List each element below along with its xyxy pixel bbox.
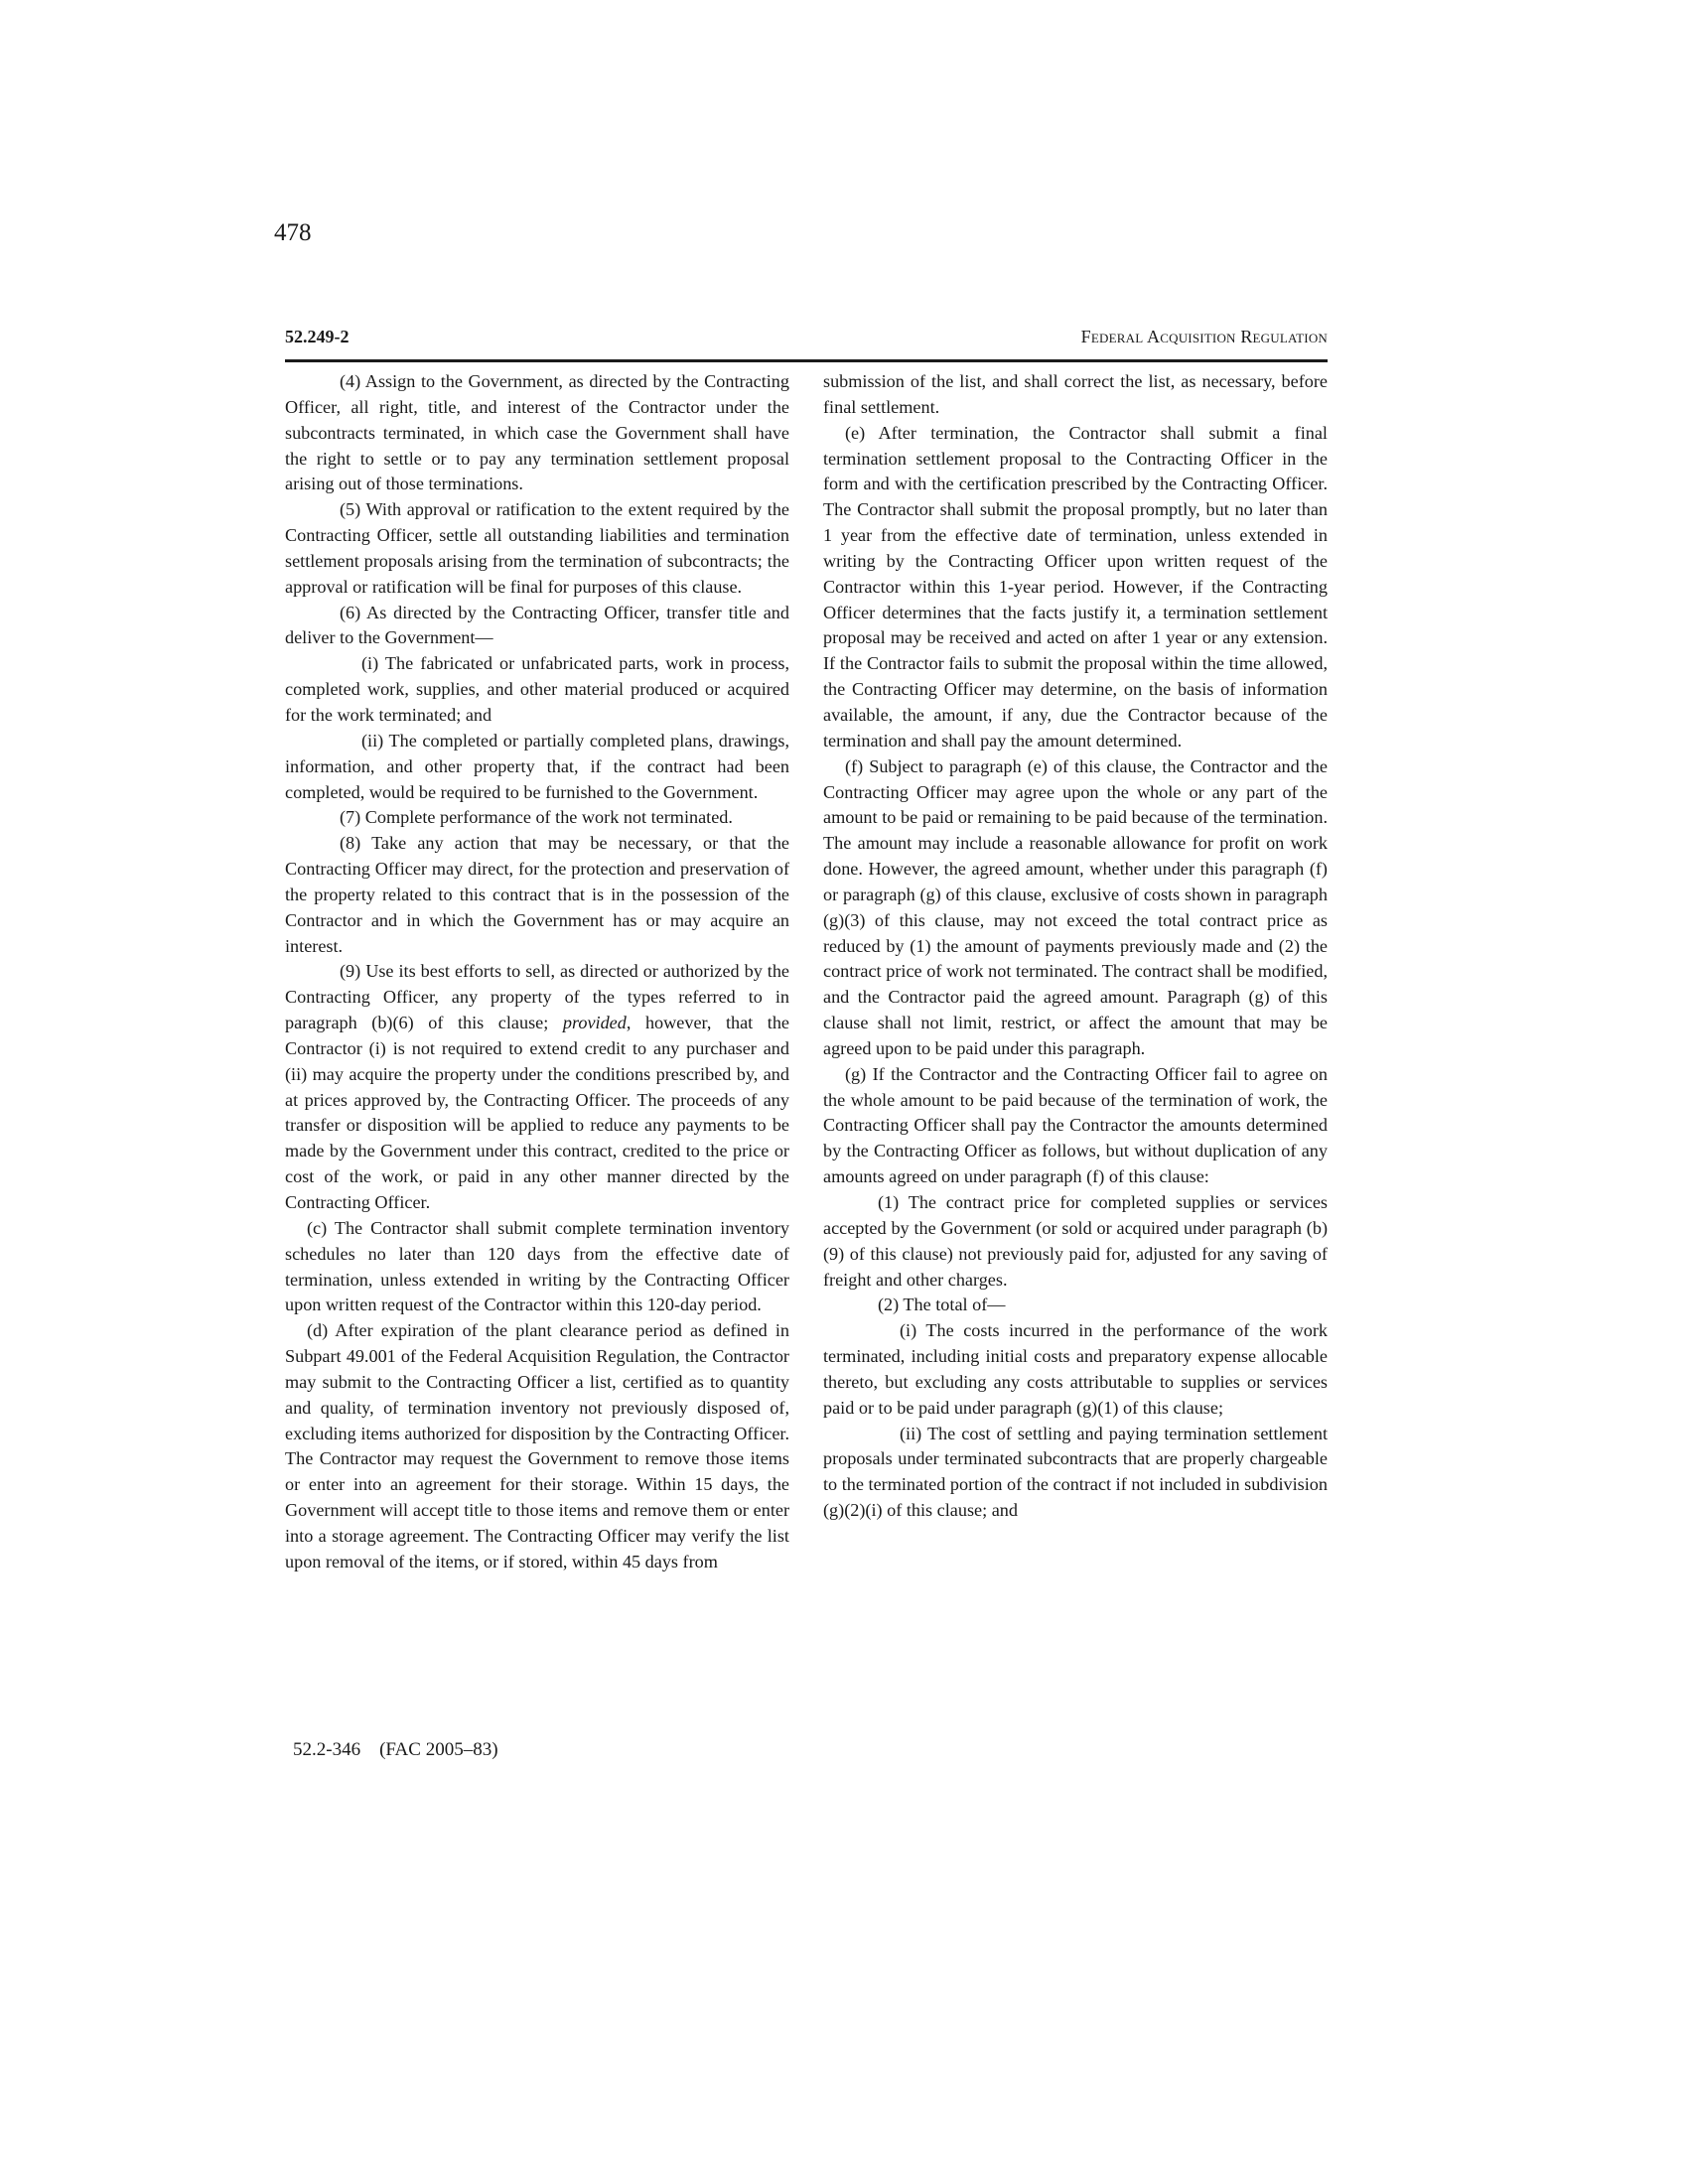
paragraph-g2-ii: (ii) The cost of settling and paying ter… [823,1422,1328,1524]
paragraph-b6: (6) As directed by the Contracting Offic… [285,601,789,652]
paragraph-b9-end: , however, that the Contractor (i) is no… [285,1013,789,1212]
section-number: 52.249-2 [285,324,350,349]
paragraph-g2-i: (i) The costs incurred in the performanc… [823,1318,1328,1421]
footer-edition: (FAC 2005–83) [379,1739,497,1760]
paragraph-b7: (7) Complete performance of the work not… [285,805,789,831]
header-rule-divider [285,359,1328,362]
paragraph-d: (d) After expiration of the plant cleara… [285,1318,789,1574]
paragraph-b6-i: (i) The fabricated or unfabricated parts… [285,651,789,729]
left-text-column: (4) Assign to the Government, as directe… [285,369,789,1575]
paragraph-g2: (2) The total of— [823,1293,1328,1318]
paragraph-b6-ii: (ii) The completed or partially complete… [285,729,789,806]
page-footer: 52.2-346 (FAC 2005–83) [293,1737,498,1763]
paragraph-g1: (1) The contract price for completed sup… [823,1190,1328,1293]
footer-page-reference: 52.2-346 [293,1739,360,1760]
document-title: Federal Acquisition Regulation [1081,324,1328,349]
paragraph-d-continued: submission of the list, and shall correc… [823,369,1328,421]
paragraph-g: (g) If the Contractor and the Contractin… [823,1062,1328,1190]
provided-emphasis: provided [563,1013,627,1032]
paragraph-c: (c) The Contractor shall submit complete… [285,1216,789,1318]
paragraph-b4: (4) Assign to the Government, as directe… [285,369,789,497]
paragraph-b8: (8) Take any action that may be necessar… [285,831,789,959]
paragraph-e: (e) After termination, the Contractor sh… [823,421,1328,754]
paragraph-b9: (9) Use its best efforts to sell, as dir… [285,959,789,1215]
paragraph-f: (f) Subject to paragraph (e) of this cla… [823,754,1328,1062]
running-head: 52.249-2 Federal Acquisition Regulation [285,324,1328,349]
right-text-column: submission of the list, and shall correc… [823,369,1328,1524]
paragraph-b5: (5) With approval or ratification to the… [285,497,789,600]
page-number: 478 [274,218,312,248]
